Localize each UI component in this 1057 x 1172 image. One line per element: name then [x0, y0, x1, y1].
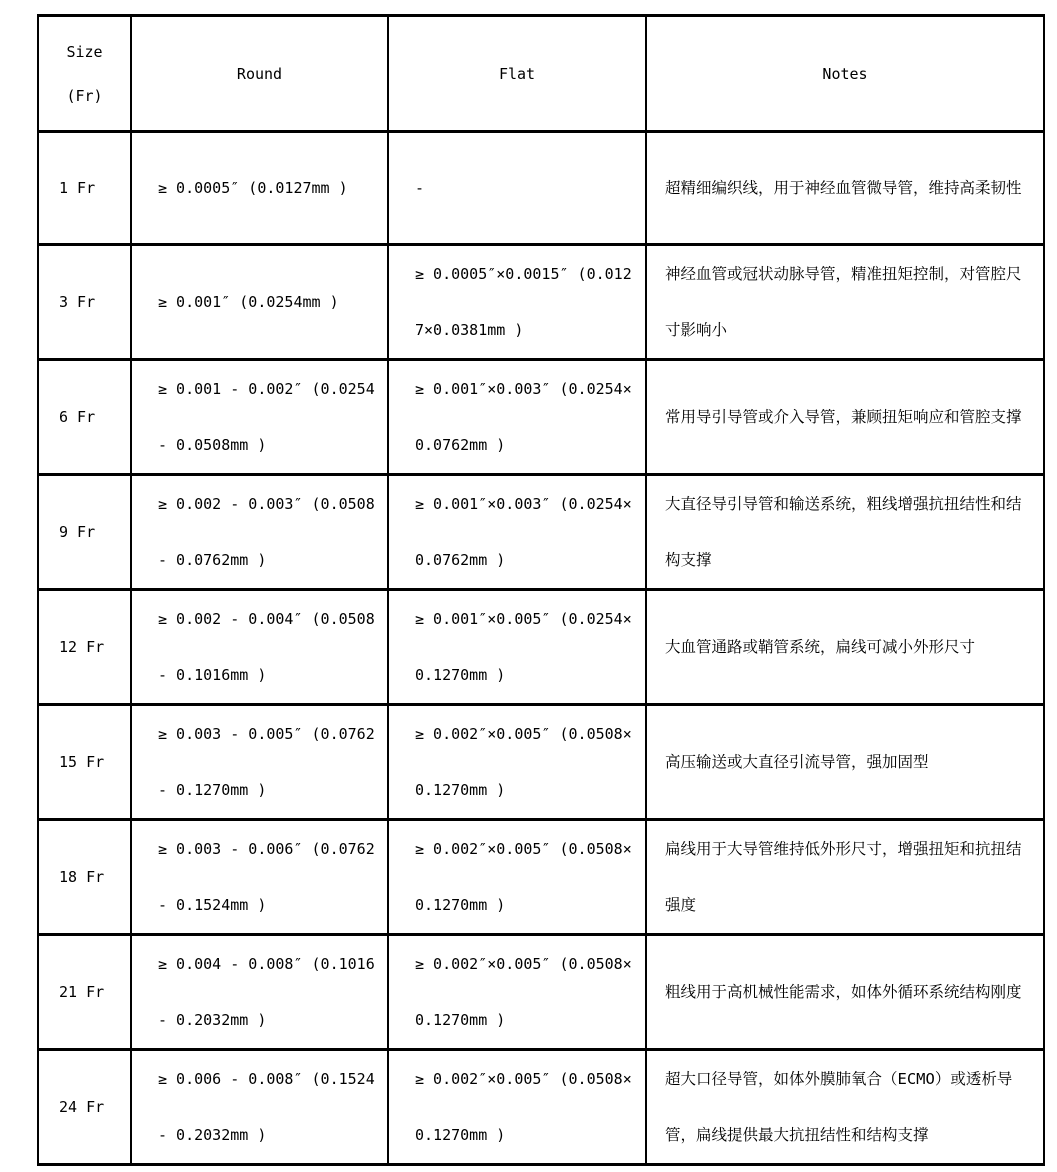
- size-cell: 1 Fr: [38, 132, 131, 245]
- size-cell: 24 Fr: [38, 1050, 131, 1165]
- header-round: Round: [131, 16, 388, 132]
- notes-cell: 高压输送或大直径引流导管，强加固型: [646, 705, 1044, 820]
- notes-cell: 神经血管或冠状动脉导管，精准扭矩控制，对管腔尺寸影响小: [646, 245, 1044, 360]
- notes-cell: 超大口径导管，如体外膜肺氧合（ECMO）或透析导管，扁线提供最大抗扭结性和结构支…: [646, 1050, 1044, 1165]
- flat-cell: ≥ 0.002″×0.005″ (0.0508×0.1270mm ): [388, 820, 646, 935]
- header-flat: Flat: [388, 16, 646, 132]
- table-row: 18 Fr ≥ 0.003 - 0.006″ (0.0762 - 0.1524m…: [38, 820, 1044, 935]
- flat-cell: ≥ 0.001″×0.005″ (0.0254×0.1270mm ): [388, 590, 646, 705]
- notes-cell: 超精细编织线，用于神经血管微导管，维持高柔韧性: [646, 132, 1044, 245]
- flat-cell: ≥ 0.002″×0.005″ (0.0508×0.1270mm ): [388, 705, 646, 820]
- round-cell: ≥ 0.003 - 0.005″ (0.0762 - 0.1270mm ): [131, 705, 388, 820]
- round-cell: ≥ 0.006 - 0.008″ (0.1524 - 0.2032mm ): [131, 1050, 388, 1165]
- table-row: 9 Fr ≥ 0.002 - 0.003″ (0.0508 - 0.0762mm…: [38, 475, 1044, 590]
- round-cell: ≥ 0.004 - 0.008″ (0.1016 - 0.2032mm ): [131, 935, 388, 1050]
- flat-cell: ≥ 0.0005″×0.0015″ (0.0127×0.0381mm ): [388, 245, 646, 360]
- size-cell: 21 Fr: [38, 935, 131, 1050]
- table-row: 24 Fr ≥ 0.006 - 0.008″ (0.1524 - 0.2032m…: [38, 1050, 1044, 1165]
- notes-cell: 大直径导引导管和输送系统，粗线增强抗扭结性和结构支撑: [646, 475, 1044, 590]
- notes-cell: 常用导引导管或介入导管，兼顾扭矩响应和管腔支撑: [646, 360, 1044, 475]
- table-row: 15 Fr ≥ 0.003 - 0.005″ (0.0762 - 0.1270m…: [38, 705, 1044, 820]
- header-notes: Notes: [646, 16, 1044, 132]
- size-cell: 12 Fr: [38, 590, 131, 705]
- round-cell: ≥ 0.002 - 0.003″ (0.0508 - 0.0762mm ): [131, 475, 388, 590]
- notes-cell: 扁线用于大导管维持低外形尺寸，增强扭矩和抗扭结强度: [646, 820, 1044, 935]
- round-cell: ≥ 0.001 - 0.002″ (0.0254 - 0.0508mm ): [131, 360, 388, 475]
- flat-cell: ≥ 0.001″×0.003″ (0.0254×0.0762mm ): [388, 475, 646, 590]
- size-cell: 6 Fr: [38, 360, 131, 475]
- flat-cell: ≥ 0.002″×0.005″ (0.0508×0.1270mm ): [388, 935, 646, 1050]
- flat-cell: ≥ 0.001″×0.003″ (0.0254×0.0762mm ): [388, 360, 646, 475]
- round-cell: ≥ 0.003 - 0.006″ (0.0762 - 0.1524mm ): [131, 820, 388, 935]
- flat-cell: ≥ 0.002″×0.005″ (0.0508×0.1270mm ): [388, 1050, 646, 1165]
- table-header-row: Size (Fr) Round Flat Notes: [38, 16, 1044, 132]
- size-cell: 18 Fr: [38, 820, 131, 935]
- round-cell: ≥ 0.002 - 0.004″ (0.0508 - 0.1016mm ): [131, 590, 388, 705]
- flat-cell: -: [388, 132, 646, 245]
- round-cell: ≥ 0.0005″ (0.0127mm ): [131, 132, 388, 245]
- header-size-line2: (Fr): [39, 74, 130, 118]
- size-cell: 9 Fr: [38, 475, 131, 590]
- notes-cell: 大血管通路或鞘管系统，扁线可减小外形尺寸: [646, 590, 1044, 705]
- table-row: 21 Fr ≥ 0.004 - 0.008″ (0.1016 - 0.2032m…: [38, 935, 1044, 1050]
- table-row: 3 Fr ≥ 0.001″ (0.0254mm ) ≥ 0.0005″×0.00…: [38, 245, 1044, 360]
- table-row: 12 Fr ≥ 0.002 - 0.004″ (0.0508 - 0.1016m…: [38, 590, 1044, 705]
- notes-cell: 粗线用于高机械性能需求，如体外循环系统结构刚度: [646, 935, 1044, 1050]
- size-cell: 3 Fr: [38, 245, 131, 360]
- wire-size-spec-table: Size (Fr) Round Flat Notes 1 Fr ≥ 0.0005…: [37, 14, 1045, 1166]
- table-row: 6 Fr ≥ 0.001 - 0.002″ (0.0254 - 0.0508mm…: [38, 360, 1044, 475]
- header-size: Size (Fr): [38, 16, 131, 132]
- round-cell: ≥ 0.001″ (0.0254mm ): [131, 245, 388, 360]
- header-size-line1: Size: [39, 30, 130, 74]
- table-row: 1 Fr ≥ 0.0005″ (0.0127mm ) - 超精细编织线，用于神经…: [38, 132, 1044, 245]
- size-cell: 15 Fr: [38, 705, 131, 820]
